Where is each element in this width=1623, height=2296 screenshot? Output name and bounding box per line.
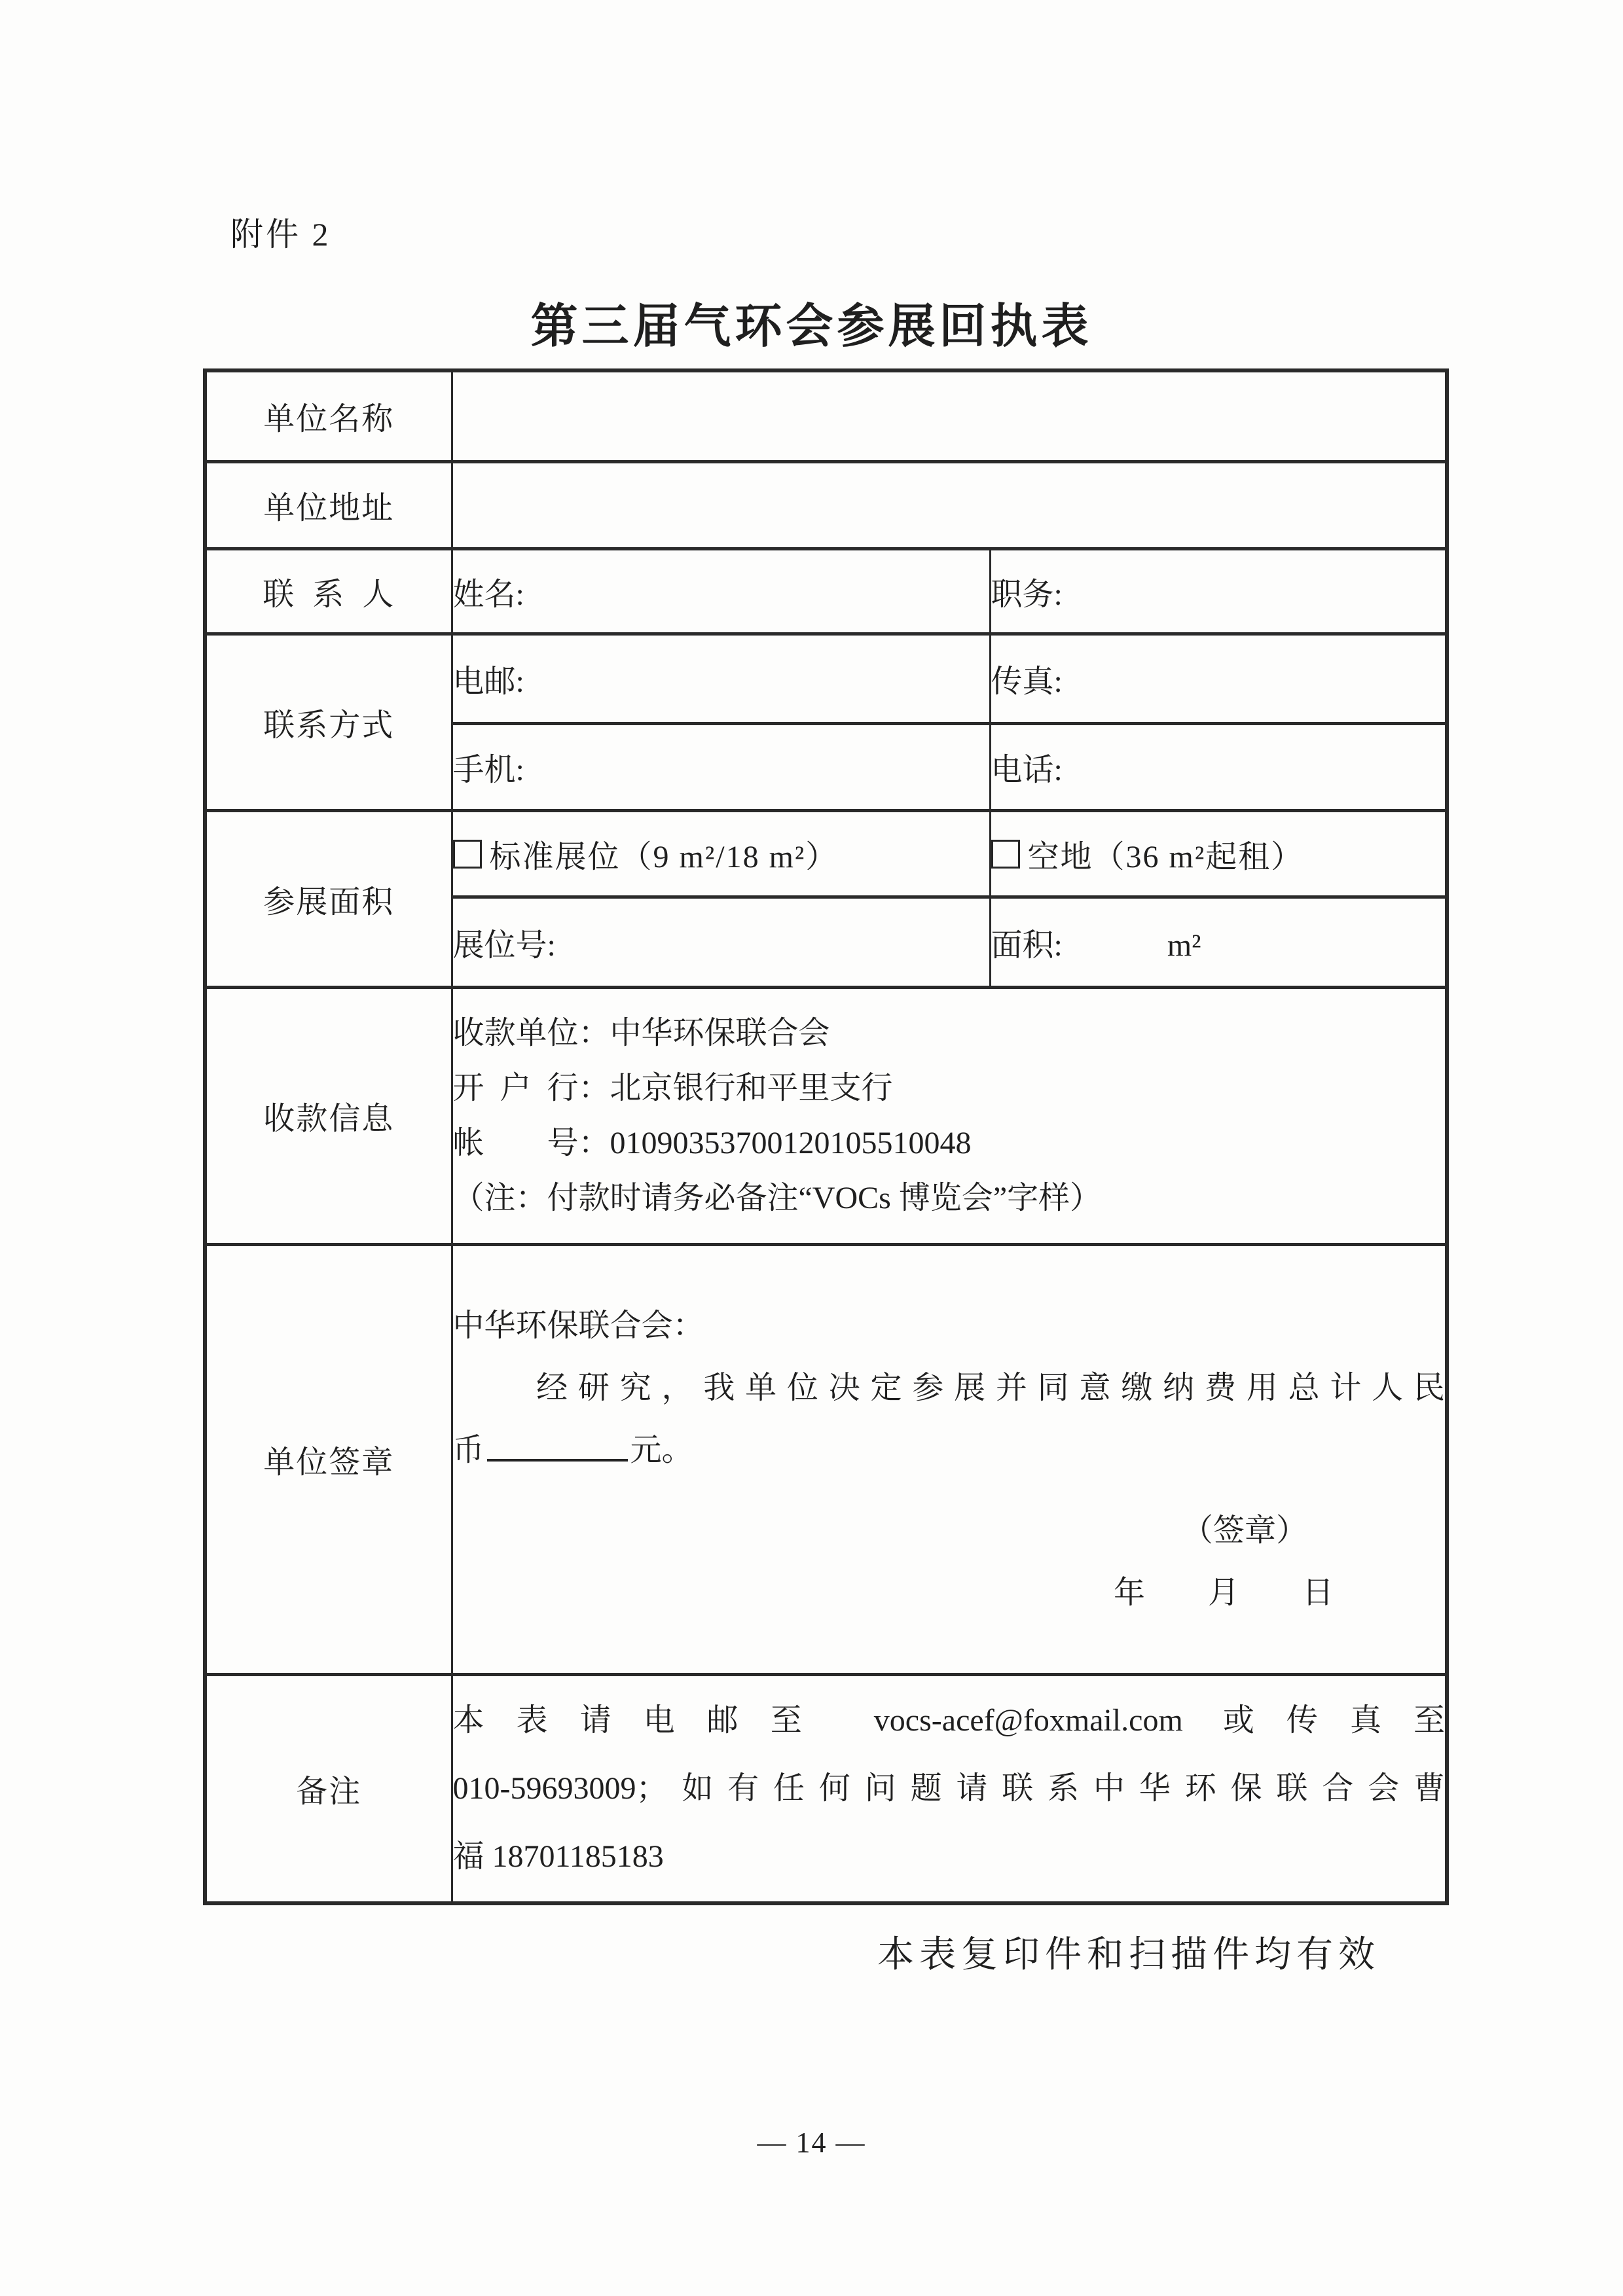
payment-note-line: （注：付款时请务必备注“VOCs 博览会”字样） [453,1171,1446,1226]
table-row: 收款信息 收款单位：中华环保联合会 开 户 行：北京银行和平里支行 帐 号：01… [205,987,1447,1244]
standard-booth-option: 标准展位（9 m²/18 m²） [452,810,990,897]
contact-name-field[interactable]: 姓名: [452,548,990,634]
signature-label: 单位签章 [205,1244,452,1674]
remarks-line-1: 本表请电邮至 vocs-acef@foxmail.com 或传真至 [453,1687,1446,1755]
table-row: 联 系 人 姓名: 职务: [205,548,1447,634]
remarks-line-2: 010-59693009；如有任何问题请联系中华环保联合会曹 [453,1755,1446,1823]
unit-name-label: 单位名称 [205,370,452,461]
signature-cell: 中华环保联合会： 经研究，我单位决定参展并同意缴纳费用总计人民 币元。 （签章）… [452,1244,1447,1674]
exhibit-area-label: 参展面积 [205,810,452,987]
area-label: 面积: [991,928,1063,963]
open-space-checkbox[interactable] [991,840,1020,869]
booth-number-field[interactable]: 展位号: [452,897,990,987]
fax-field[interactable]: 传真: [990,634,1447,723]
area-unit-label: m² [1167,928,1201,963]
registration-form-table: 单位名称 单位地址 联 系 人 姓名: 职务: 联系方式 电邮: [203,368,1449,1905]
table-row: 单位签章 中华环保联合会： 经研究，我单位决定参展并同意缴纳费用总计人民 币元。… [205,1244,1447,1674]
unit-name-field[interactable] [452,370,1447,461]
unit-address-field[interactable] [452,461,1447,548]
amount-blank-field[interactable] [487,1431,628,1462]
area-field[interactable]: 面积:m² [990,897,1447,987]
contact-position-label: 职务: [991,577,1063,612]
open-space-option-label: 空地（36 m²起租） [1028,840,1304,874]
email-label: 电邮: [453,664,524,699]
remarks-cell: 本表请电邮至 vocs-acef@foxmail.com 或传真至 010-59… [452,1674,1447,1903]
remarks-line-3: 福 18701185183 [453,1823,1446,1891]
amount-suffix: 元。 [630,1433,693,1467]
contact-method-label: 联系方式 [205,634,452,810]
fax-label: 传真: [991,664,1063,699]
attachment-label: 附件 2 [230,208,331,255]
table-row: 单位名称 [205,370,1447,461]
signature-salutation: 中华环保联合会： [453,1295,1446,1357]
table-row: 备注 本表请电邮至 vocs-acef@foxmail.com 或传真至 010… [205,1674,1447,1903]
email-field[interactable]: 电邮: [452,634,990,723]
unit-address-label: 单位地址 [205,461,452,548]
payment-bank-line: 开 户 行：北京银行和平里支行 [453,1061,1446,1116]
contact-person-label: 联 系 人 [205,548,452,634]
phone-field[interactable]: 电话: [990,723,1447,810]
page-title: 第三届气环会参展回执表 [0,288,1623,356]
validity-note: 本表复印件和扫描件均有效 [877,1926,1380,1978]
signature-date-line: 年 月 日 [453,1562,1446,1624]
contact-position-field[interactable]: 职务: [990,548,1447,634]
mobile-field[interactable]: 手机: [452,723,990,810]
page-number: — 14 — [0,2126,1623,2159]
signature-amount-line: 币元。 [453,1419,1446,1481]
payment-account-line: 帐 号：01090353700120105510048 [453,1116,1446,1171]
seal-hint: （签章） [453,1499,1446,1562]
remarks-label: 备注 [205,1674,452,1903]
payment-info-cell: 收款单位：中华环保联合会 开 户 行：北京银行和平里支行 帐 号：0109035… [452,987,1447,1244]
document-page: 附件 2 第三届气环会参展回执表 单位名称 单位地址 联 系 人 姓名: [0,0,1623,2296]
open-space-option: 空地（36 m²起租） [990,810,1447,897]
contact-name-label: 姓名: [453,577,524,612]
table-row: 单位地址 [205,461,1447,548]
signature-body-line: 经研究，我单位决定参展并同意缴纳费用总计人民 [453,1357,1446,1419]
payment-info-label: 收款信息 [205,987,452,1244]
booth-number-label: 展位号: [453,928,556,963]
payment-payee-line: 收款单位：中华环保联合会 [453,1006,1446,1061]
mobile-label: 手机: [453,753,524,787]
table-row: 参展面积 标准展位（9 m²/18 m²） 空地（36 m²起租） [205,810,1447,897]
amount-prefix: 币 [453,1433,484,1467]
phone-label: 电话: [991,753,1063,787]
standard-booth-checkbox[interactable] [453,840,482,869]
table-row: 联系方式 电邮: 传真: [205,634,1447,723]
standard-booth-option-label: 标准展位（9 m²/18 m²） [490,840,839,874]
